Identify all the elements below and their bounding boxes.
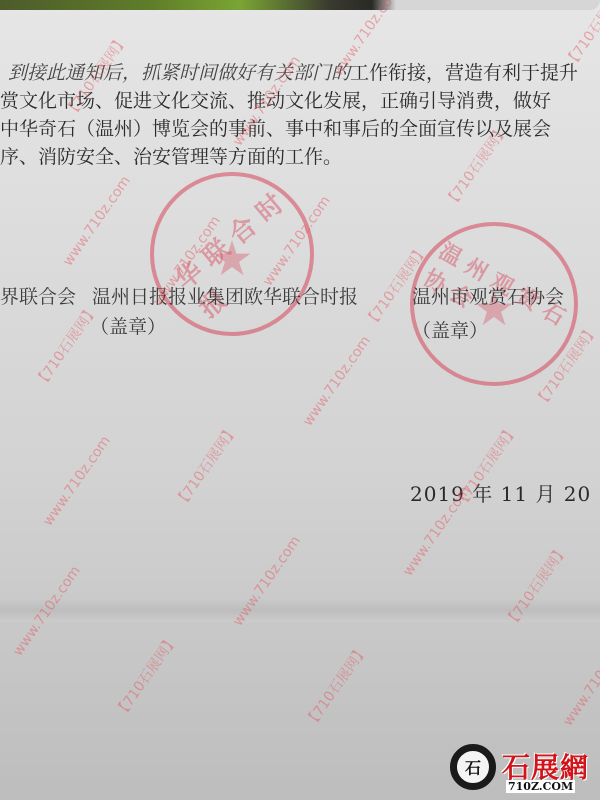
star-icon: ★ [210,235,253,283]
watermark-text: 【710石展网】 [300,641,372,732]
watermark-text: 【710石展网】 [170,421,242,512]
paragraph-line-2: 赏文化市场、促进文化交流、推动文化发展，正确引导消费，做好 [0,88,551,116]
watermark-text: www.710z.com [60,173,134,269]
paragraph-line-1b: 工作衔接，营造有利于提升 [350,62,578,84]
signatory-3: 温州市观赏石协会 [412,282,564,309]
document-date: 2019 年 11 月 20 日 [410,478,600,507]
logo-emblem-icon: 石 [450,744,496,790]
seal-label-2: （盖章） [90,312,166,339]
paper-crease [0,598,600,622]
signatory-2: 温州日报报业集团欧华联合时报 [92,282,358,309]
watermark-text: www.710z.com [560,633,600,729]
photo-background-strip [0,0,600,10]
official-seal-1: 华 联 合 时 报 ★ [150,172,314,336]
logo-url-text: 710Z.COM [506,780,575,793]
watermark-text: 【710石展网】 [110,631,182,722]
site-logo: 石 石展網 710Z.COM [448,742,598,798]
paragraph-line-1a: 到接此通知后，抓紧时间做好有关部门的 [8,62,350,84]
paragraph-line-3: 中华奇石（温州）博览会的事前、事中和事后的全面宣传以及展会 [0,116,551,144]
watermark-text: www.710z.com [40,433,114,529]
seal-label-3: （盖章） [412,316,488,343]
watermark-text: www.710z.com [300,333,374,429]
signatory-1: 界联合会 [0,282,76,309]
paragraph-line-4: 序、消防安全、治安管理等方面的工作。 [0,144,342,172]
